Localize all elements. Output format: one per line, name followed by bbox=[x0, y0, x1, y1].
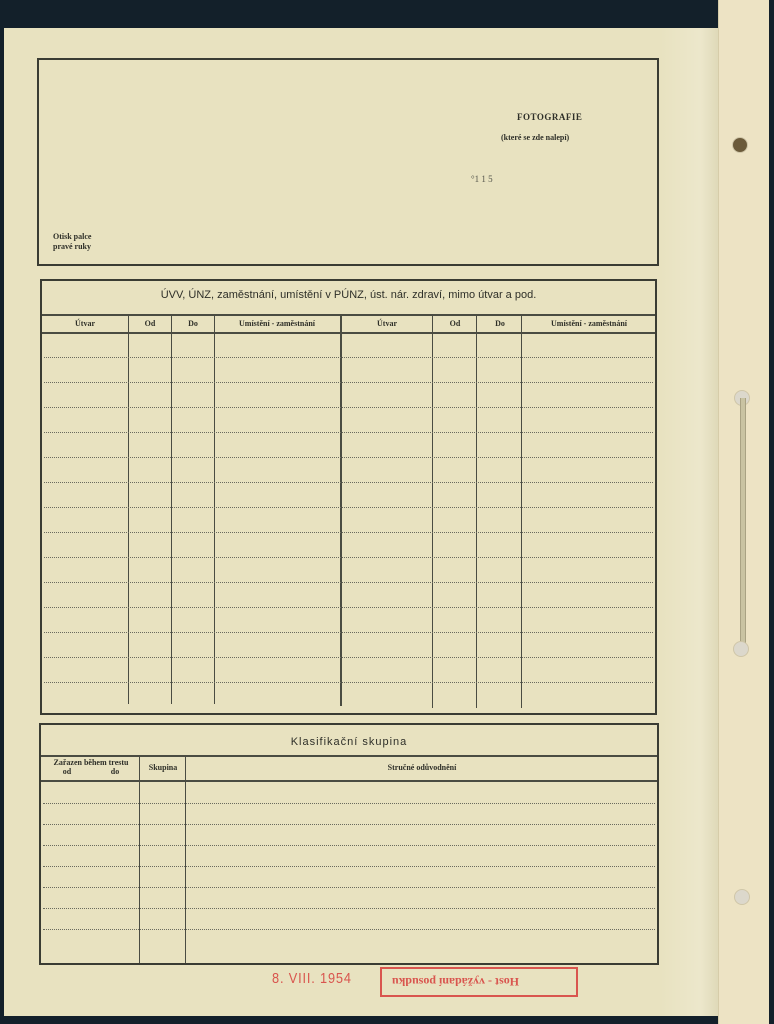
header-divider bbox=[42, 314, 655, 316]
column-divider bbox=[171, 316, 172, 704]
column-header: Umístění - zaměstnání bbox=[215, 319, 339, 328]
photo-sublabel: (které se zde nalepí) bbox=[501, 133, 569, 142]
header-divider bbox=[41, 780, 657, 782]
column-header-to: do bbox=[111, 767, 119, 776]
punch-hole-icon bbox=[733, 641, 749, 657]
column-divider bbox=[521, 316, 522, 708]
column-header: Do bbox=[478, 319, 522, 328]
table-row[interactable] bbox=[44, 482, 653, 483]
thumbprint-label: Otisk palce pravé ruky bbox=[53, 232, 91, 252]
column-divider bbox=[128, 316, 129, 704]
column-header-group: Skupina bbox=[141, 763, 185, 772]
column-header-placed-during-sentence: Zařazen během trestu od do bbox=[43, 758, 139, 776]
column-divider bbox=[476, 316, 477, 708]
binding-string bbox=[740, 398, 746, 648]
photo-label: FOTOGRAFIE bbox=[517, 112, 582, 122]
column-header: Do bbox=[172, 319, 214, 328]
header-divider bbox=[42, 332, 655, 334]
assignments-table-title: ÚVV, ÚNZ, zaměstnání, umístění v PÚNZ, ú… bbox=[42, 289, 655, 301]
table-row[interactable] bbox=[44, 432, 653, 433]
date-stamp: 8. VIII. 1954 bbox=[272, 970, 352, 987]
request-stamp: Host - vyžádaní posudku bbox=[380, 967, 578, 997]
column-header-from: od bbox=[63, 767, 71, 776]
photo-section: FOTOGRAFIE (které se zde nalepí) °1 1 5 … bbox=[37, 58, 659, 266]
column-header: Od bbox=[129, 319, 171, 328]
column-header: Útvar bbox=[42, 319, 128, 328]
column-header-justification: Stručné odůvodnění bbox=[187, 763, 657, 772]
table-row[interactable] bbox=[44, 607, 653, 608]
table-row[interactable] bbox=[43, 929, 655, 930]
column-header: Umístění - zaměstnání bbox=[523, 319, 655, 328]
assignments-table: ÚVV, ÚNZ, zaměstnání, umístění v PÚNZ, ú… bbox=[40, 279, 657, 715]
classification-table: Klasifikační skupina Zařazen během trest… bbox=[39, 723, 659, 965]
table-row[interactable] bbox=[44, 457, 653, 458]
classification-table-title: Klasifikační skupina bbox=[41, 736, 657, 748]
thumbprint-label-line1: Otisk palce bbox=[53, 232, 91, 242]
table-row[interactable] bbox=[43, 845, 655, 846]
table-row[interactable] bbox=[43, 887, 655, 888]
table-row[interactable] bbox=[44, 532, 653, 533]
table-row[interactable] bbox=[44, 507, 653, 508]
table-row[interactable] bbox=[44, 657, 653, 658]
table-row[interactable] bbox=[43, 803, 655, 804]
column-header: Od bbox=[433, 319, 477, 328]
thumbprint-label-line2: pravé ruky bbox=[53, 242, 91, 252]
column-divider bbox=[214, 316, 215, 704]
page-fold-shadow bbox=[660, 28, 718, 1016]
table-row[interactable] bbox=[43, 866, 655, 867]
column-divider bbox=[185, 757, 186, 963]
table-row[interactable] bbox=[44, 382, 653, 383]
table-row[interactable] bbox=[44, 557, 653, 558]
column-header-from-to: od do bbox=[43, 767, 139, 776]
table-row[interactable] bbox=[44, 682, 653, 683]
column-header: Útvar bbox=[342, 319, 432, 328]
column-divider bbox=[340, 316, 342, 706]
request-stamp-text: Host - vyžádaní posudku bbox=[392, 974, 519, 989]
punch-hole-icon bbox=[732, 137, 748, 153]
column-divider bbox=[432, 316, 433, 708]
table-row[interactable] bbox=[44, 407, 653, 408]
photo-number: °1 1 5 bbox=[471, 174, 493, 184]
header-divider bbox=[41, 755, 657, 757]
table-row[interactable] bbox=[44, 632, 653, 633]
column-divider bbox=[139, 757, 140, 963]
column-header-line: Zařazen během trestu bbox=[43, 758, 139, 767]
table-row[interactable] bbox=[43, 908, 655, 909]
table-row[interactable] bbox=[44, 357, 653, 358]
punch-hole-icon bbox=[734, 889, 750, 905]
table-row[interactable] bbox=[43, 824, 655, 825]
table-row[interactable] bbox=[44, 582, 653, 583]
